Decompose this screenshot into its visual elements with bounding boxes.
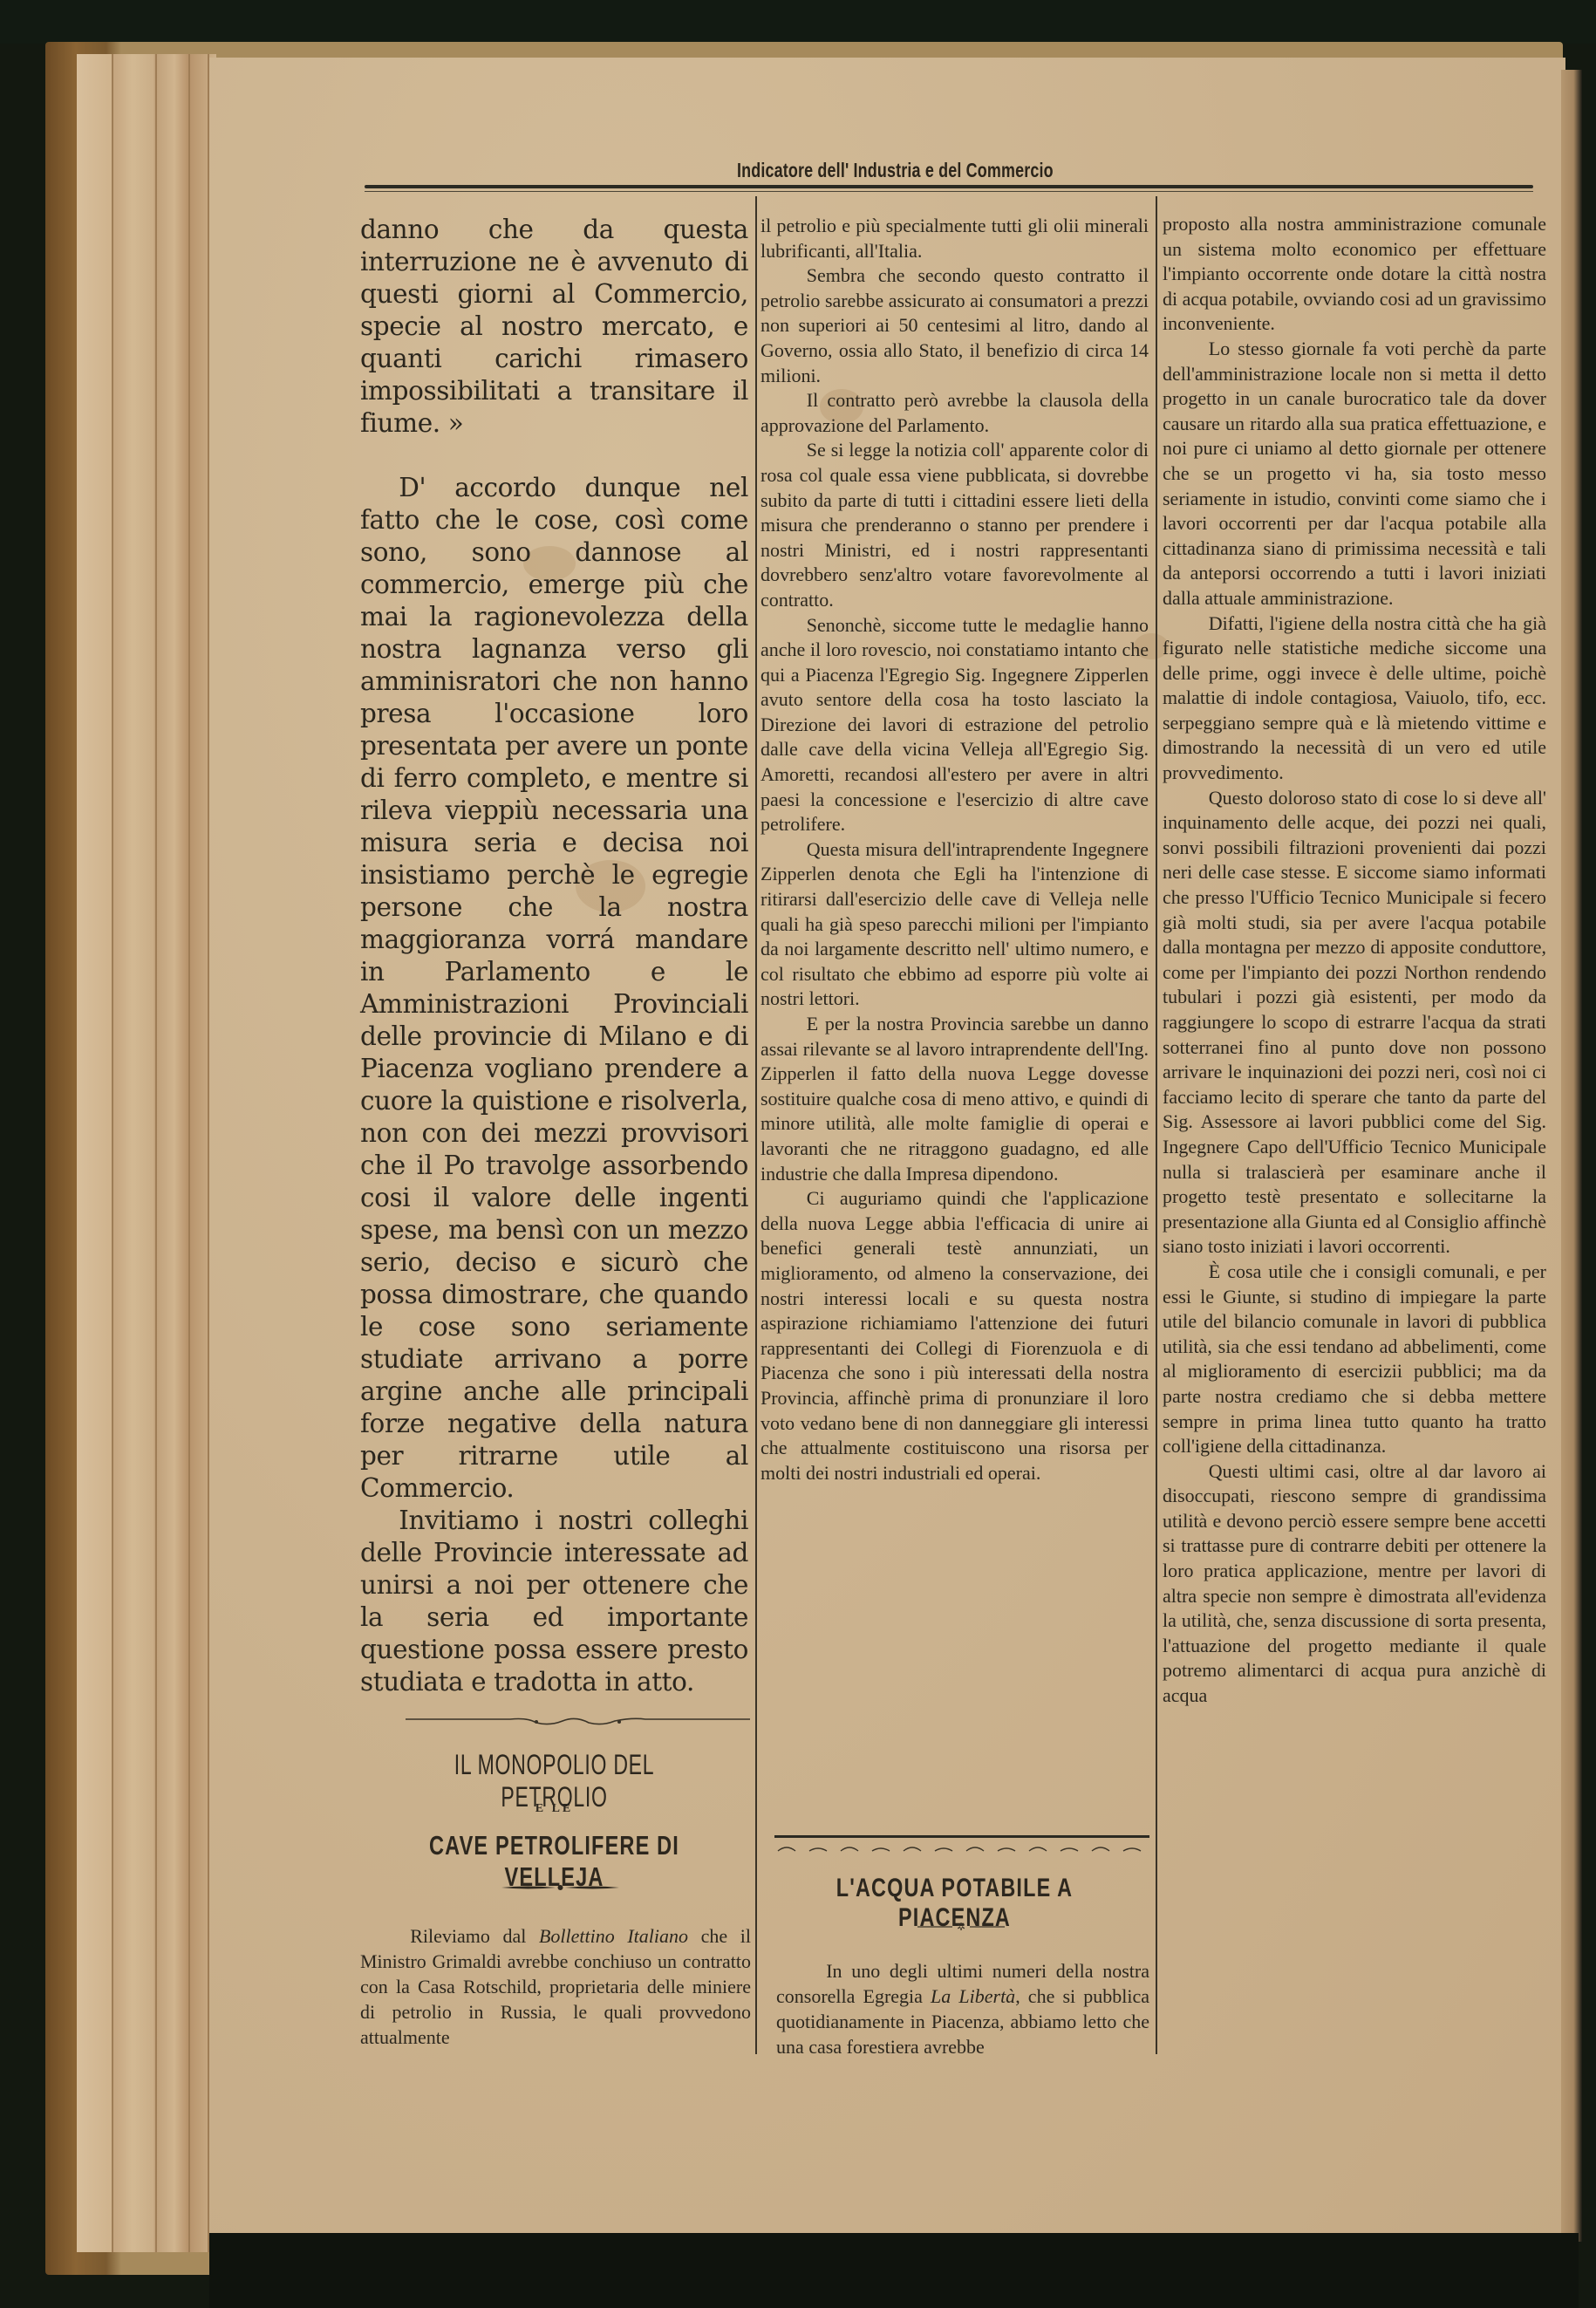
section-rule <box>774 1835 1149 1838</box>
scan-background-bottom <box>209 2233 1579 2308</box>
paragraph: Difatti, l'igiene della nostra città che… <box>1163 611 1546 786</box>
paragraph: Il contratto però avrebbe la clausola de… <box>760 388 1149 438</box>
svg-text:✲: ✲ <box>957 1922 965 1932</box>
paragraph: il petrolio e più specialmente tutti gli… <box>760 214 1149 263</box>
article-acqua-intro: In uno degli ultimi numeri della nostra … <box>776 1958 1149 2059</box>
paragraph: D' accordo dunque nel fatto che le cose,… <box>360 472 748 1505</box>
page-edge-right <box>1561 70 1582 2242</box>
paragraph: danno che da questa interruzione ne è av… <box>360 214 748 440</box>
paragraph: Questi ultimi casi, oltre al dar lavoro … <box>1163 1459 1546 1709</box>
column-1: danno che da questa interruzione ne è av… <box>360 214 748 1698</box>
star-ornament-icon: ✲ <box>917 1922 1005 1932</box>
paragraph: Invitiamo i nostri colleghi delle Provin… <box>360 1505 748 1698</box>
column-divider <box>755 196 757 2054</box>
column-3: proposto alla nostra amministrazione com… <box>1163 212 1546 1709</box>
scroll-ornament-icon <box>406 1714 750 1728</box>
header-rule <box>365 185 1533 188</box>
scan-background <box>0 0 1596 44</box>
page-stack-left <box>77 54 216 2252</box>
wave-border-ornament-icon <box>774 1842 1149 1854</box>
paragraph: E per la nostra Provincia sarebbe un dan… <box>760 1012 1149 1186</box>
column-2: il petrolio e più specialmente tutti gli… <box>760 214 1149 1485</box>
paragraph: Questa misura dell'intraprendente Ingegn… <box>760 837 1149 1012</box>
publication-name: Bollettino Italiano <box>539 1925 688 1947</box>
paragraph: Se si legge la notizia coll' apparente c… <box>760 438 1149 612</box>
paragraph: Senonchè, siccome tutte le medaglie hann… <box>760 613 1149 837</box>
header-rule-thin <box>365 191 1533 192</box>
publication-name: La Libertà <box>931 1985 1015 2007</box>
divider-ornament-icon <box>501 1884 619 1891</box>
article-petrolio-intro: Rileviamo dal Bollettino Italiano che il… <box>360 1923 751 2050</box>
running-head: Indicatore dell' Industria e del Commerc… <box>737 159 1054 182</box>
article-title-line2: E LE <box>360 1802 748 1816</box>
paragraph: È cosa utile che i consigli comunali, e … <box>1163 1260 1546 1459</box>
paragraph: proposto alla nostra amministrazione com… <box>1163 212 1546 337</box>
paragraph: Ci auguriamo quindi che l'applicazione d… <box>760 1186 1149 1485</box>
column-divider <box>1156 196 1157 2054</box>
paragraph: Sembra che secondo questo contratto il p… <box>760 263 1149 388</box>
paragraph: Questo doloroso stato di cose lo si deve… <box>1163 786 1546 1260</box>
paragraph: Lo stesso giornale fa voti perchè da par… <box>1163 337 1546 611</box>
